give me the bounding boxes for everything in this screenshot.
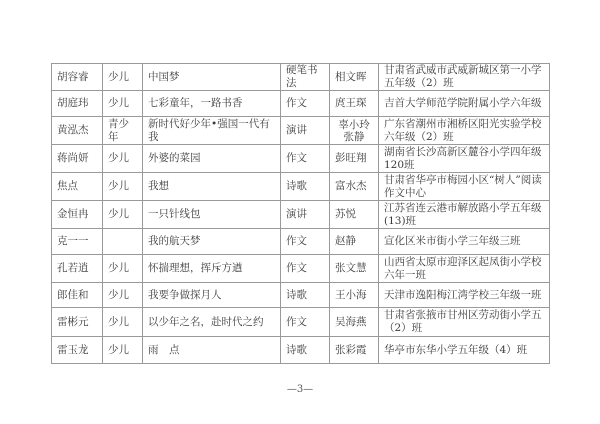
student-name: 雷玉龙 — [52, 337, 103, 364]
teacher-name: 赵静 — [330, 229, 379, 255]
teacher-name: 张彩霞 — [330, 337, 379, 364]
work-title: 以少年之名，赴时代之约 — [143, 308, 281, 337]
age-group — [103, 229, 143, 255]
table-row: 黄泓杰 青少年 新时代好少年•强国一代有我 演讲 辜小玲 张静 广东省潮州市湘桥… — [52, 117, 550, 145]
table-row: 金恒冉 少儿 一只针线包 演讲 苏悦 江苏省连云港市解放路小学五年级(13)班 — [52, 201, 550, 229]
teacher-name: 辜小玲 张静 — [330, 117, 379, 145]
work-type: 诗歌 — [281, 283, 330, 308]
table-row: 克一一 我的航天梦 作文 赵静 宣化区米市街小学三年级三班 — [52, 229, 550, 255]
school-class: 湖南省长沙高新区麓谷小学四年级120班 — [379, 145, 550, 173]
work-title: 七彩童年，一路书香 — [143, 91, 281, 117]
age-group: 少儿 — [103, 308, 143, 337]
work-title: 外婆的菜园 — [143, 145, 281, 173]
table-row: 孔若逍 少儿 怀揣理想，挥斥方遒 作文 张文慧 山西省太原市迎泽区起凤街小学校六… — [52, 255, 550, 283]
teacher-name: 庹王琛 — [330, 91, 379, 117]
student-name: 雷彬元 — [52, 308, 103, 337]
student-name: 孔若逍 — [52, 255, 103, 283]
age-group: 少儿 — [103, 145, 143, 173]
work-title: 一只针线包 — [143, 201, 281, 229]
school-class: 吉首大学师范学院附属小学六年级 — [379, 91, 550, 117]
age-group: 青少年 — [103, 117, 143, 145]
work-type: 演讲 — [281, 201, 330, 229]
work-title: 我要争做探月人 — [143, 283, 281, 308]
student-name: 克一一 — [52, 229, 103, 255]
student-name: 金恒冉 — [52, 201, 103, 229]
work-type: 诗歌 — [281, 173, 330, 201]
table-row: 雷玉龙 少儿 雨 点 诗歌 张彩霞 华亭市东华小学五年级（4）班 — [52, 337, 550, 364]
student-name: 郎佳和 — [52, 283, 103, 308]
school-class: 甘肃省华亭市梅园小区“树人”阅读作文中心 — [379, 173, 550, 201]
table-row: 雷彬元 少儿 以少年之名，赴时代之约 作文 吴海燕 甘肃省张掖市甘州区劳动街小学… — [52, 308, 550, 337]
page-number: —3— — [0, 384, 600, 395]
student-name: 胡容睿 — [52, 64, 103, 91]
school-class: 华亭市东华小学五年级（4）班 — [379, 337, 550, 364]
work-title: 怀揣理想，挥斥方遒 — [143, 255, 281, 283]
work-type: 作文 — [281, 308, 330, 337]
age-group: 少儿 — [103, 201, 143, 229]
teacher-name: 王小海 — [330, 283, 379, 308]
work-type: 作文 — [281, 91, 330, 117]
work-title: 我的航天梦 — [143, 229, 281, 255]
work-title: 我想 — [143, 173, 281, 201]
table-row: 胡庭玮 少儿 七彩童年，一路书香 作文 庹王琛 吉首大学师范学院附属小学六年级 — [52, 91, 550, 117]
table-row: 胡容睿 少儿 中国梦 硬笔书法 相文晖 甘肃省武威市武威新城区第一小学五年级（2… — [52, 64, 550, 91]
teacher-name: 苏悦 — [330, 201, 379, 229]
teacher-name: 彭旺翔 — [330, 145, 379, 173]
work-type: 硬笔书法 — [281, 64, 330, 91]
student-name: 黄泓杰 — [52, 117, 103, 145]
work-type: 作文 — [281, 255, 330, 283]
age-group: 少儿 — [103, 64, 143, 91]
work-type: 作文 — [281, 145, 330, 173]
table-row: 郎佳和 少儿 我要争做探月人 诗歌 王小海 天津市逸阳梅江湾学校三年级一班 — [52, 283, 550, 308]
work-type: 作文 — [281, 229, 330, 255]
work-title: 中国梦 — [143, 64, 281, 91]
student-name: 蒋尚妍 — [52, 145, 103, 173]
awards-table-body: 胡容睿 少儿 中国梦 硬笔书法 相文晖 甘肃省武威市武威新城区第一小学五年级（2… — [52, 64, 550, 364]
school-class: 广东省潮州市湘桥区阳光实验学校六年级（2）班 — [379, 117, 550, 145]
school-class: 江苏省连云港市解放路小学五年级(13)班 — [379, 201, 550, 229]
age-group: 少儿 — [103, 283, 143, 308]
teacher-name: 吴海燕 — [330, 308, 379, 337]
work-title: 新时代好少年•强国一代有我 — [143, 117, 281, 145]
awards-table: 胡容睿 少儿 中国梦 硬笔书法 相文晖 甘肃省武威市武威新城区第一小学五年级（2… — [51, 63, 550, 364]
school-class: 天津市逸阳梅江湾学校三年级一班 — [379, 283, 550, 308]
school-class: 甘肃省张掖市甘州区劳动街小学五（2）班 — [379, 308, 550, 337]
work-title: 雨 点 — [143, 337, 281, 364]
age-group: 少儿 — [103, 337, 143, 364]
work-type: 诗歌 — [281, 337, 330, 364]
age-group: 少儿 — [103, 173, 143, 201]
school-class: 山西省太原市迎泽区起凤街小学校六年一班 — [379, 255, 550, 283]
teacher-name: 富水杰 — [330, 173, 379, 201]
teacher-name: 张文慧 — [330, 255, 379, 283]
student-name: 胡庭玮 — [52, 91, 103, 117]
teacher-name: 相文晖 — [330, 64, 379, 91]
student-name: 焦点 — [52, 173, 103, 201]
age-group: 少儿 — [103, 255, 143, 283]
school-class: 甘肃省武威市武威新城区第一小学五年级（2）班 — [379, 64, 550, 91]
work-type: 演讲 — [281, 117, 330, 145]
table-row: 蒋尚妍 少儿 外婆的菜园 作文 彭旺翔 湖南省长沙高新区麓谷小学四年级120班 — [52, 145, 550, 173]
school-class: 宣化区米市街小学三年级三班 — [379, 229, 550, 255]
table-row: 焦点 少儿 我想 诗歌 富水杰 甘肃省华亭市梅园小区“树人”阅读作文中心 — [52, 173, 550, 201]
age-group: 少儿 — [103, 91, 143, 117]
